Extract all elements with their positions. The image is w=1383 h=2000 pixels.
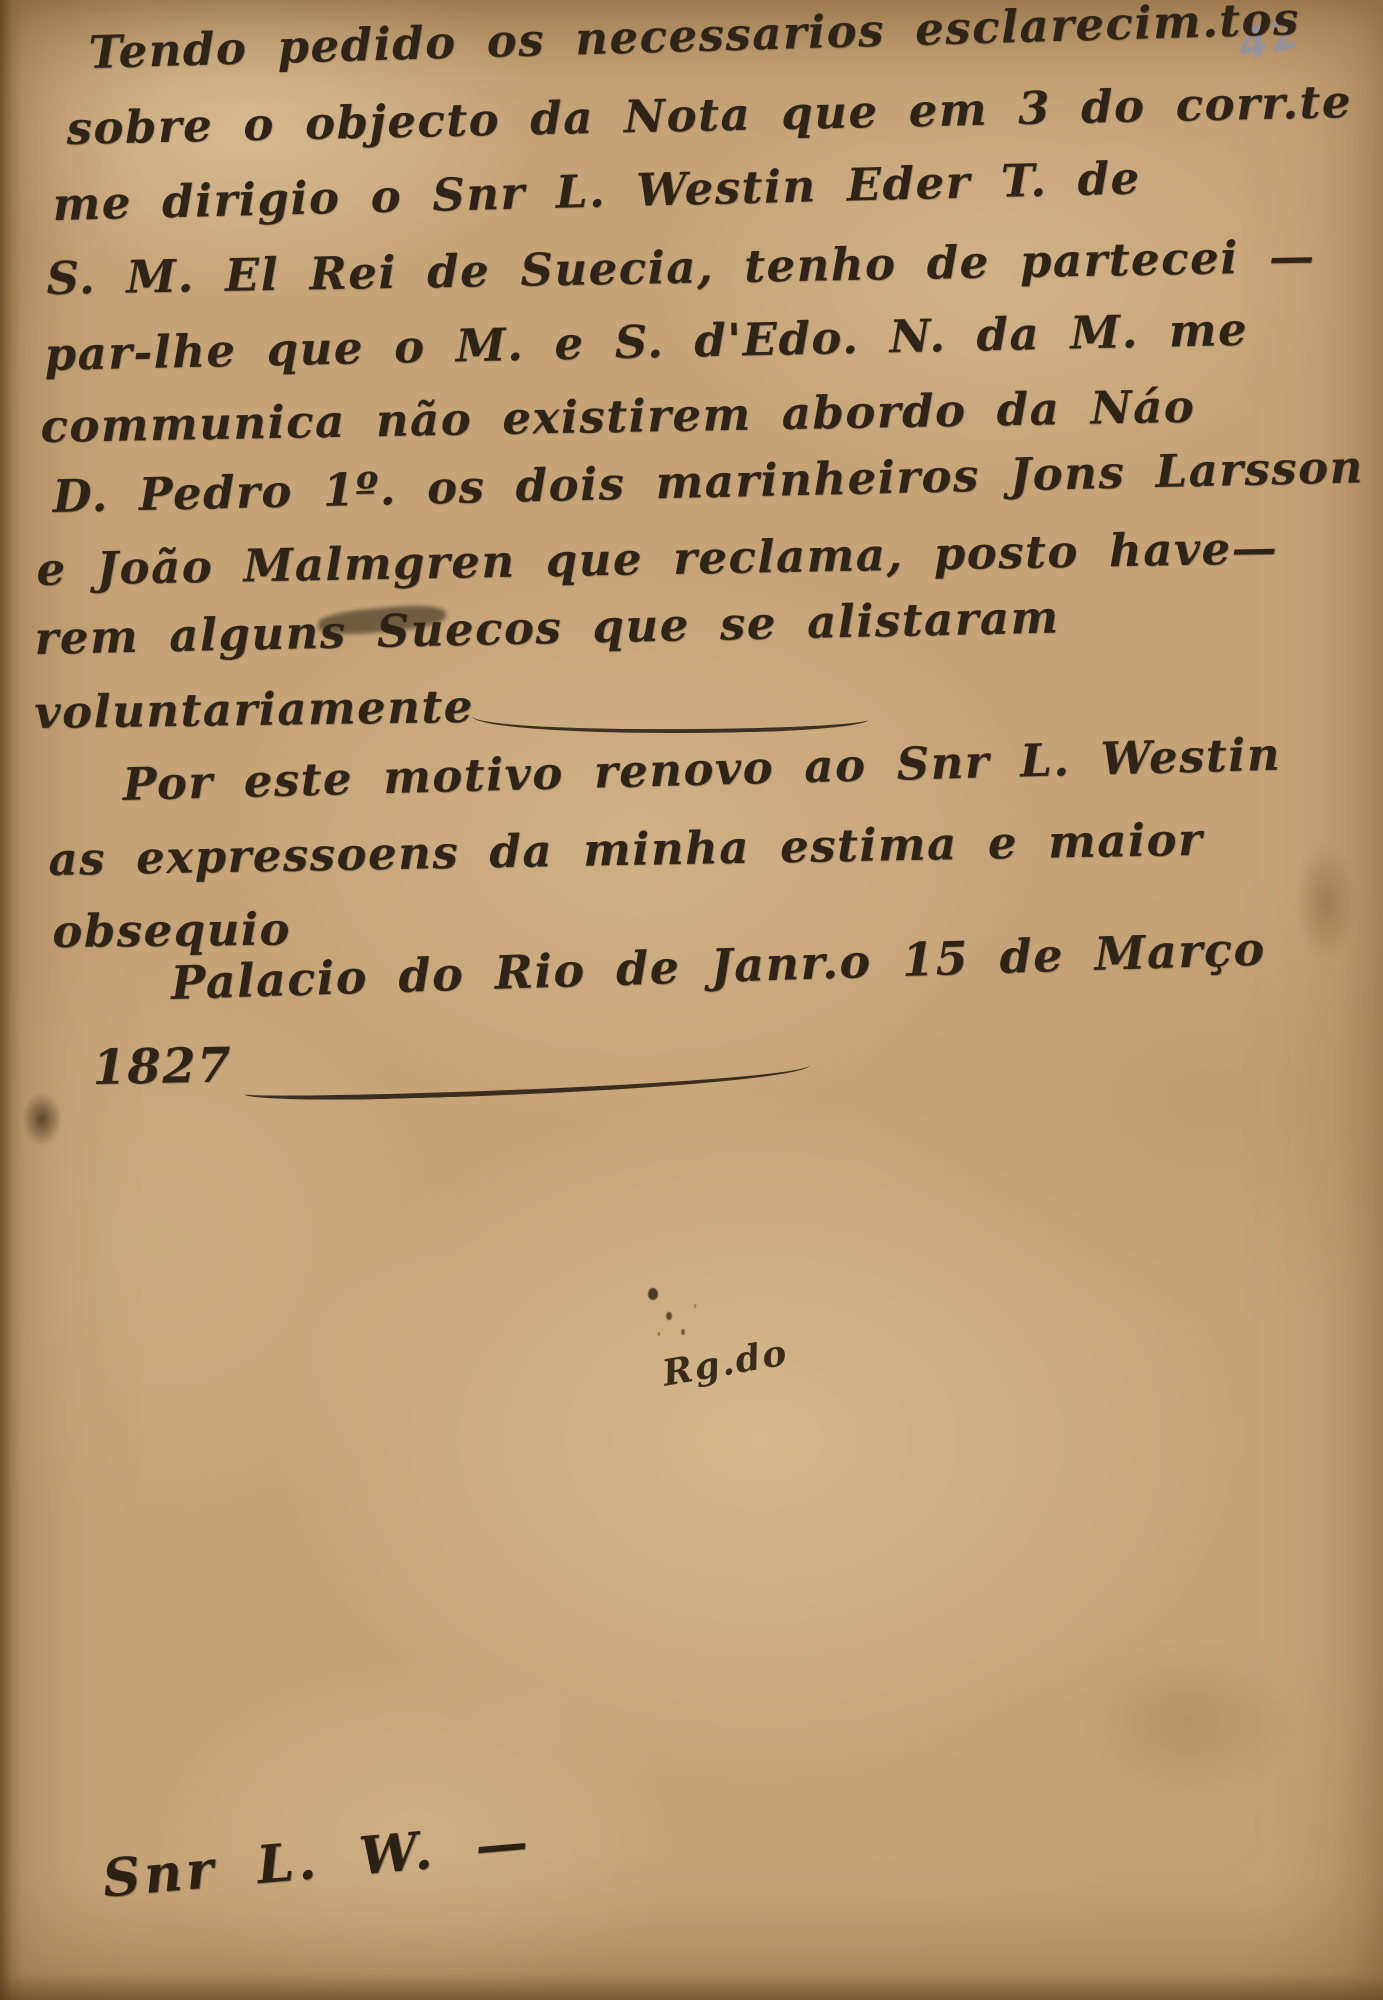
ink-smudge bbox=[648, 1288, 658, 1300]
manuscript-line: e João Malmgren que reclama, posto have— bbox=[36, 521, 1279, 596]
manuscript-line: communica não existirem abordo da Náo bbox=[40, 380, 1196, 453]
manuscript-line: me dirigio o Snr L. Westin Eder T. de bbox=[52, 151, 1141, 231]
manuscript-line: obsequio bbox=[52, 902, 291, 957]
manuscript-line: Tendo pedido os necessarios esclarecim.t… bbox=[88, 0, 1301, 79]
addressee-line: Snr L. W. — bbox=[100, 1811, 534, 1909]
manuscript-line: 1827 bbox=[92, 1038, 233, 1096]
manuscript-page: 42 Tendo pedido os necessarios esclareci… bbox=[0, 0, 1383, 2000]
manuscript-line: as expressoens da minha estima e maior bbox=[48, 813, 1204, 886]
manuscript-line: Palacio do Rio de Janr.o 15 de Março bbox=[170, 922, 1266, 1010]
page-bottom-edge bbox=[0, 1974, 1383, 2000]
manuscript-line: rem alguns Suecos que se alistaram bbox=[34, 591, 1060, 665]
manuscript-line: S. M. El Rei de Suecia, tenho de partece… bbox=[46, 230, 1316, 305]
manuscript-line: voluntariamente bbox=[34, 680, 474, 739]
registry-mark: Rg.do bbox=[659, 1331, 791, 1394]
manuscript-line: par-lhe que o M. e S. d'Edo. N. da M. me bbox=[44, 303, 1249, 381]
ink-stain bbox=[22, 1092, 62, 1146]
flourish-stroke bbox=[472, 698, 869, 738]
manuscript-line: Por este motivo renovo ao Snr L. Westin bbox=[122, 728, 1282, 811]
manuscript-line: D. Pedro 1º. os dois marinheiros Jons La… bbox=[52, 440, 1364, 523]
paper-stain bbox=[1296, 842, 1356, 962]
manuscript-line: sobre o objecto da Nota que em 3 do corr… bbox=[66, 75, 1352, 155]
flourish-underline bbox=[244, 1056, 811, 1103]
paper-stain bbox=[1080, 1640, 1300, 1800]
page-left-edge bbox=[0, 0, 22, 2000]
